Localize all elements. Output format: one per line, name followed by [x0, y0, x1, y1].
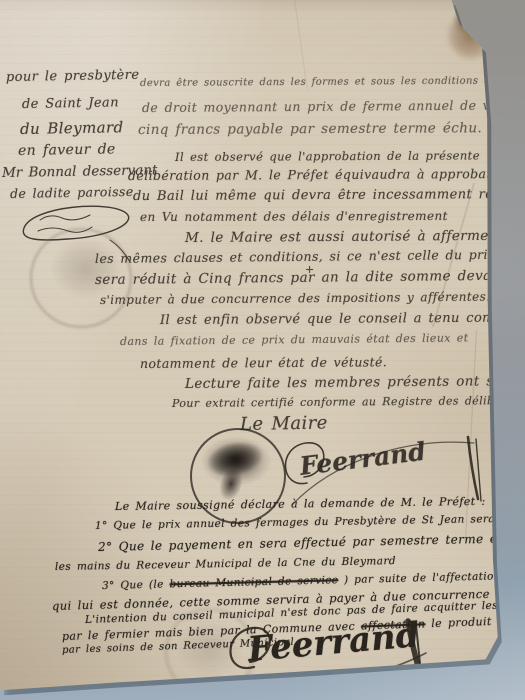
- manuscript-line: s'imputer à due concurrence des impositi…: [100, 290, 490, 307]
- faded-ink-stamp: [30, 228, 132, 328]
- margin-note-line: Mr Bonnal desservant: [2, 162, 158, 181]
- insertion-caret: +: [305, 263, 315, 276]
- signature-mid: Feerrand: [298, 437, 427, 481]
- manuscript-line: sera réduit à Cinq francs par an la dite…: [95, 268, 507, 288]
- manuscript-line: Le Maire: [240, 412, 328, 435]
- manuscript-line: les mêmes clauses et conditions, si ce n…: [95, 247, 523, 266]
- declaration-item3-pre: 3° Que (le: [102, 578, 170, 592]
- document-photograph: pour le presbytère de Saint Jean du Bley…: [0, 0, 525, 700]
- signature-flourish-mid: [262, 425, 492, 515]
- manuscript-line: Il est enfin observé que le conseil a te…: [160, 311, 517, 328]
- signature-bottom: Feerrand: [246, 615, 421, 670]
- declaration-item: 3° Que (le bureau Municipal de service )…: [102, 569, 525, 592]
- paper-crease: [294, 0, 309, 89]
- manuscript-line: dans la fixation de ce prix du mauvais é…: [120, 331, 469, 348]
- declaration-item: 2° Que le payement en sera effectué par …: [98, 531, 525, 554]
- manuscript-line: devra être souscrite dans les formes et …: [140, 75, 525, 89]
- manuscript-line: M. le Maire est aussi autorisé à afferme…: [185, 228, 525, 246]
- margin-note-line: pour le presbytère: [6, 68, 140, 85]
- manuscript-line: cinq francs payable par semestre terme é…: [138, 120, 482, 138]
- declaration-note2-pre: par le fermier mais bien par la Commune …: [62, 620, 361, 643]
- margin-note-line: en faveur de: [18, 141, 116, 159]
- margin-note-line: de Saint Jean: [22, 95, 119, 112]
- manuscript-line: Pour extrait certifié conforme au Regist…: [172, 394, 523, 410]
- declaration-note: par les soins de son Receveur Municipal: [62, 637, 295, 656]
- declaration-item: 1° Que le prix annuel des fermages du Pr…: [95, 512, 525, 532]
- mairie-ink-stamp: [190, 428, 286, 524]
- manuscript-line: du Bail lui même qui devra être incessam…: [133, 187, 525, 204]
- margin-note-line: du Bleymard: [20, 118, 124, 138]
- declaration-item-cont: les mains du Receveur Municipal de la Cn…: [55, 555, 396, 573]
- manuscript-paper: pour le presbytère de Saint Jean du Bley…: [0, 0, 525, 700]
- manuscript-line: Il est observé que l'approbation de la p…: [175, 148, 480, 164]
- manuscript-line: délibération par M. le Préfet équivaudra…: [128, 166, 513, 183]
- declaration-intro: Le Maire soussigné déclare à la demande …: [115, 495, 486, 513]
- paper-crease: [465, 330, 478, 540]
- manuscript-line: de droit moyennant un prix de ferme annu…: [142, 97, 517, 115]
- margin-note-line: de ladite paroisse: [10, 184, 134, 201]
- manuscript-line: en Vu notamment des délais d'enregistrem…: [140, 209, 448, 224]
- manuscript-line: Lecture faite les membres présents ont s…: [185, 373, 525, 392]
- declaration-note: L'intention du conseil municipal n'est d…: [85, 598, 525, 626]
- margin-annotation-scribble: [14, 196, 144, 252]
- declaration-item3-struck: bureau Municipal de service: [169, 574, 338, 590]
- declaration-item-cont: qui lui est donnée, cette somme servira …: [52, 585, 525, 613]
- declaration-note2-struck: affectation: [361, 617, 426, 632]
- paper-crease: [431, 182, 475, 327]
- declaration-note: par le fermier mais bien par la Commune …: [62, 612, 525, 643]
- manuscript-line: notamment de leur état de vétusté.: [140, 354, 387, 371]
